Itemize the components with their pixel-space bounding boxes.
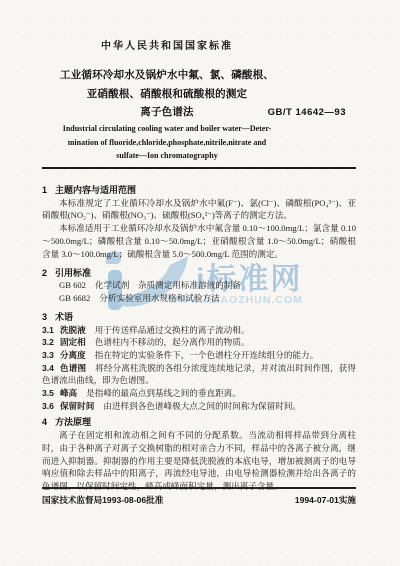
term-name: 分离度 xyxy=(60,350,86,360)
term-definition: 3.1洗脱液用于传送样品通过交换柱的离子流动相。 xyxy=(42,324,356,337)
term-name: 保留时间 xyxy=(60,401,94,411)
title-en-line2: mination of fluoride,chloride,phosphate,… xyxy=(42,136,292,150)
approval-note: 国家技术监督局1993-08-06批准 xyxy=(42,494,163,506)
term-name: 洗脱液 xyxy=(60,325,86,335)
title-en-line1: Industrial circulating cooling water and… xyxy=(42,122,292,136)
term-definition: 3.3分离度指在特定的实验条件下，一个色谱柱分开连续组分的能力。 xyxy=(42,349,356,362)
section-4-number: 4 xyxy=(42,417,47,427)
term-number: 3.6 xyxy=(42,401,54,411)
section-1-paragraph-2: 本标准适用于工业循环冷却水及锅炉水中氟含量 0.10～100.0mg/L；氯含量… xyxy=(42,222,356,260)
section-2-number: 2 xyxy=(42,268,47,278)
section-1-number: 1 xyxy=(42,185,47,195)
term-definition: 3.6保留时间由进样到各色谱峰极大点之间的时间称为保留时间。 xyxy=(42,400,356,413)
term-text: 用于传送样品通过交换柱的离子流动相。 xyxy=(95,325,250,335)
term-number: 3.3 xyxy=(42,350,54,360)
reference-name: 分析实验室用水规格和试验方法 xyxy=(99,293,219,303)
section-4-heading: 4方法原理 xyxy=(42,416,356,429)
footer: 国家技术监督局1993-08-06批准 1994-07-01实施 xyxy=(42,494,356,506)
reference-item: GB 602化学试剂 杂质测定用标准溶液的制备 xyxy=(42,279,356,292)
standard-document-page: i标准网 WWW.IBIAOZHUN.COM 中华人民共和国国家标准 工业循环冷… xyxy=(0,0,400,566)
section-3-number: 3 xyxy=(42,312,47,322)
section-1-title: 主题内容与适用范围 xyxy=(55,185,136,195)
section-1-paragraph-1: 本标准规定了工业循环冷却水及锅炉水中氟(F⁻)、氯(Cl⁻)、磷酸根(PO₄³⁻… xyxy=(42,197,356,222)
section-2-title: 引用标准 xyxy=(55,268,91,278)
implementation-date: 1994-07-01实施 xyxy=(295,494,356,506)
term-definition: 3.2固定相色谱柱内不移动的，起分离作用的物质。 xyxy=(42,336,356,349)
title-cn-line2: 亚硝酸根、硝酸根和硫酸根的测定 xyxy=(42,85,292,104)
term-text: 将经分离柱洗脱的各组分浓度连续地记录，并对流出时间作图，获得色谱流出曲线，即为色… xyxy=(42,363,356,386)
footer-divider xyxy=(42,487,356,489)
term-name: 色谱图 xyxy=(60,363,86,373)
reference-name: 化学试剂 杂质测定用标准溶液的制备 xyxy=(95,280,241,290)
reference-code: GB 602 xyxy=(59,280,86,290)
reference-item: GB 6682分析实验室用水规格和试验方法 xyxy=(42,292,356,305)
term-number: 3.5 xyxy=(42,388,54,398)
term-number: 3.1 xyxy=(42,325,54,335)
term-text: 指在特定的实验条件下，一个色谱柱分开连续组分的能力。 xyxy=(95,350,318,360)
term-definition: 3.5峰高是指峰的最高点到基线之间的垂直距离。 xyxy=(42,387,356,400)
term-text: 色谱柱内不移动的，起分离作用的物质。 xyxy=(95,337,250,347)
section-4-paragraph-1: 离子在固定相和流动相之间有不同的分配系数。当流动相将样品带到分离柱时，由于各种离… xyxy=(42,429,356,493)
document-body: 1主题内容与适用范围 本标准规定了工业循环冷却水及锅炉水中氟(F⁻)、氯(Cl⁻… xyxy=(42,180,356,493)
term-text: 由进样到各色谱峰极大点之间的时间称为保留时间。 xyxy=(103,401,301,411)
title-cn-line3: 离子色谱法 xyxy=(42,103,292,122)
national-standard-label: 中华人民共和国国家标准 xyxy=(42,37,292,52)
title-cn-line1: 工业循环冷却水及锅炉水中氟、氯、磷酸根、 xyxy=(42,66,292,85)
term-definition: 3.4色谱图将经分离柱洗脱的各组分浓度连续地记录，并对流出时间作图，获得色谱流出… xyxy=(42,362,356,387)
document-title-en: Industrial circulating cooling water and… xyxy=(42,122,292,163)
section-1-heading: 1主题内容与适用范围 xyxy=(42,184,356,197)
standard-number: GB/T 14642—93 xyxy=(268,107,346,118)
reference-code: GB 6682 xyxy=(59,293,90,303)
term-name: 固定相 xyxy=(60,337,86,347)
section-3-heading: 3术语 xyxy=(42,311,356,324)
section-2-heading: 2引用标准 xyxy=(42,267,356,280)
title-en-line3: sulfate—Ion chromatography xyxy=(42,149,292,163)
section-3-title: 术语 xyxy=(55,312,73,322)
term-number: 3.4 xyxy=(42,363,54,373)
header-divider xyxy=(42,167,356,169)
section-4-title: 方法原理 xyxy=(55,417,91,427)
term-name: 峰高 xyxy=(60,388,77,398)
term-number: 3.2 xyxy=(42,337,54,347)
document-title-cn: 工业循环冷却水及锅炉水中氟、氯、磷酸根、 亚硝酸根、硝酸根和硫酸根的测定 离子色… xyxy=(42,66,292,122)
term-text: 是指峰的最高点到基线之间的垂直距离。 xyxy=(86,388,241,398)
